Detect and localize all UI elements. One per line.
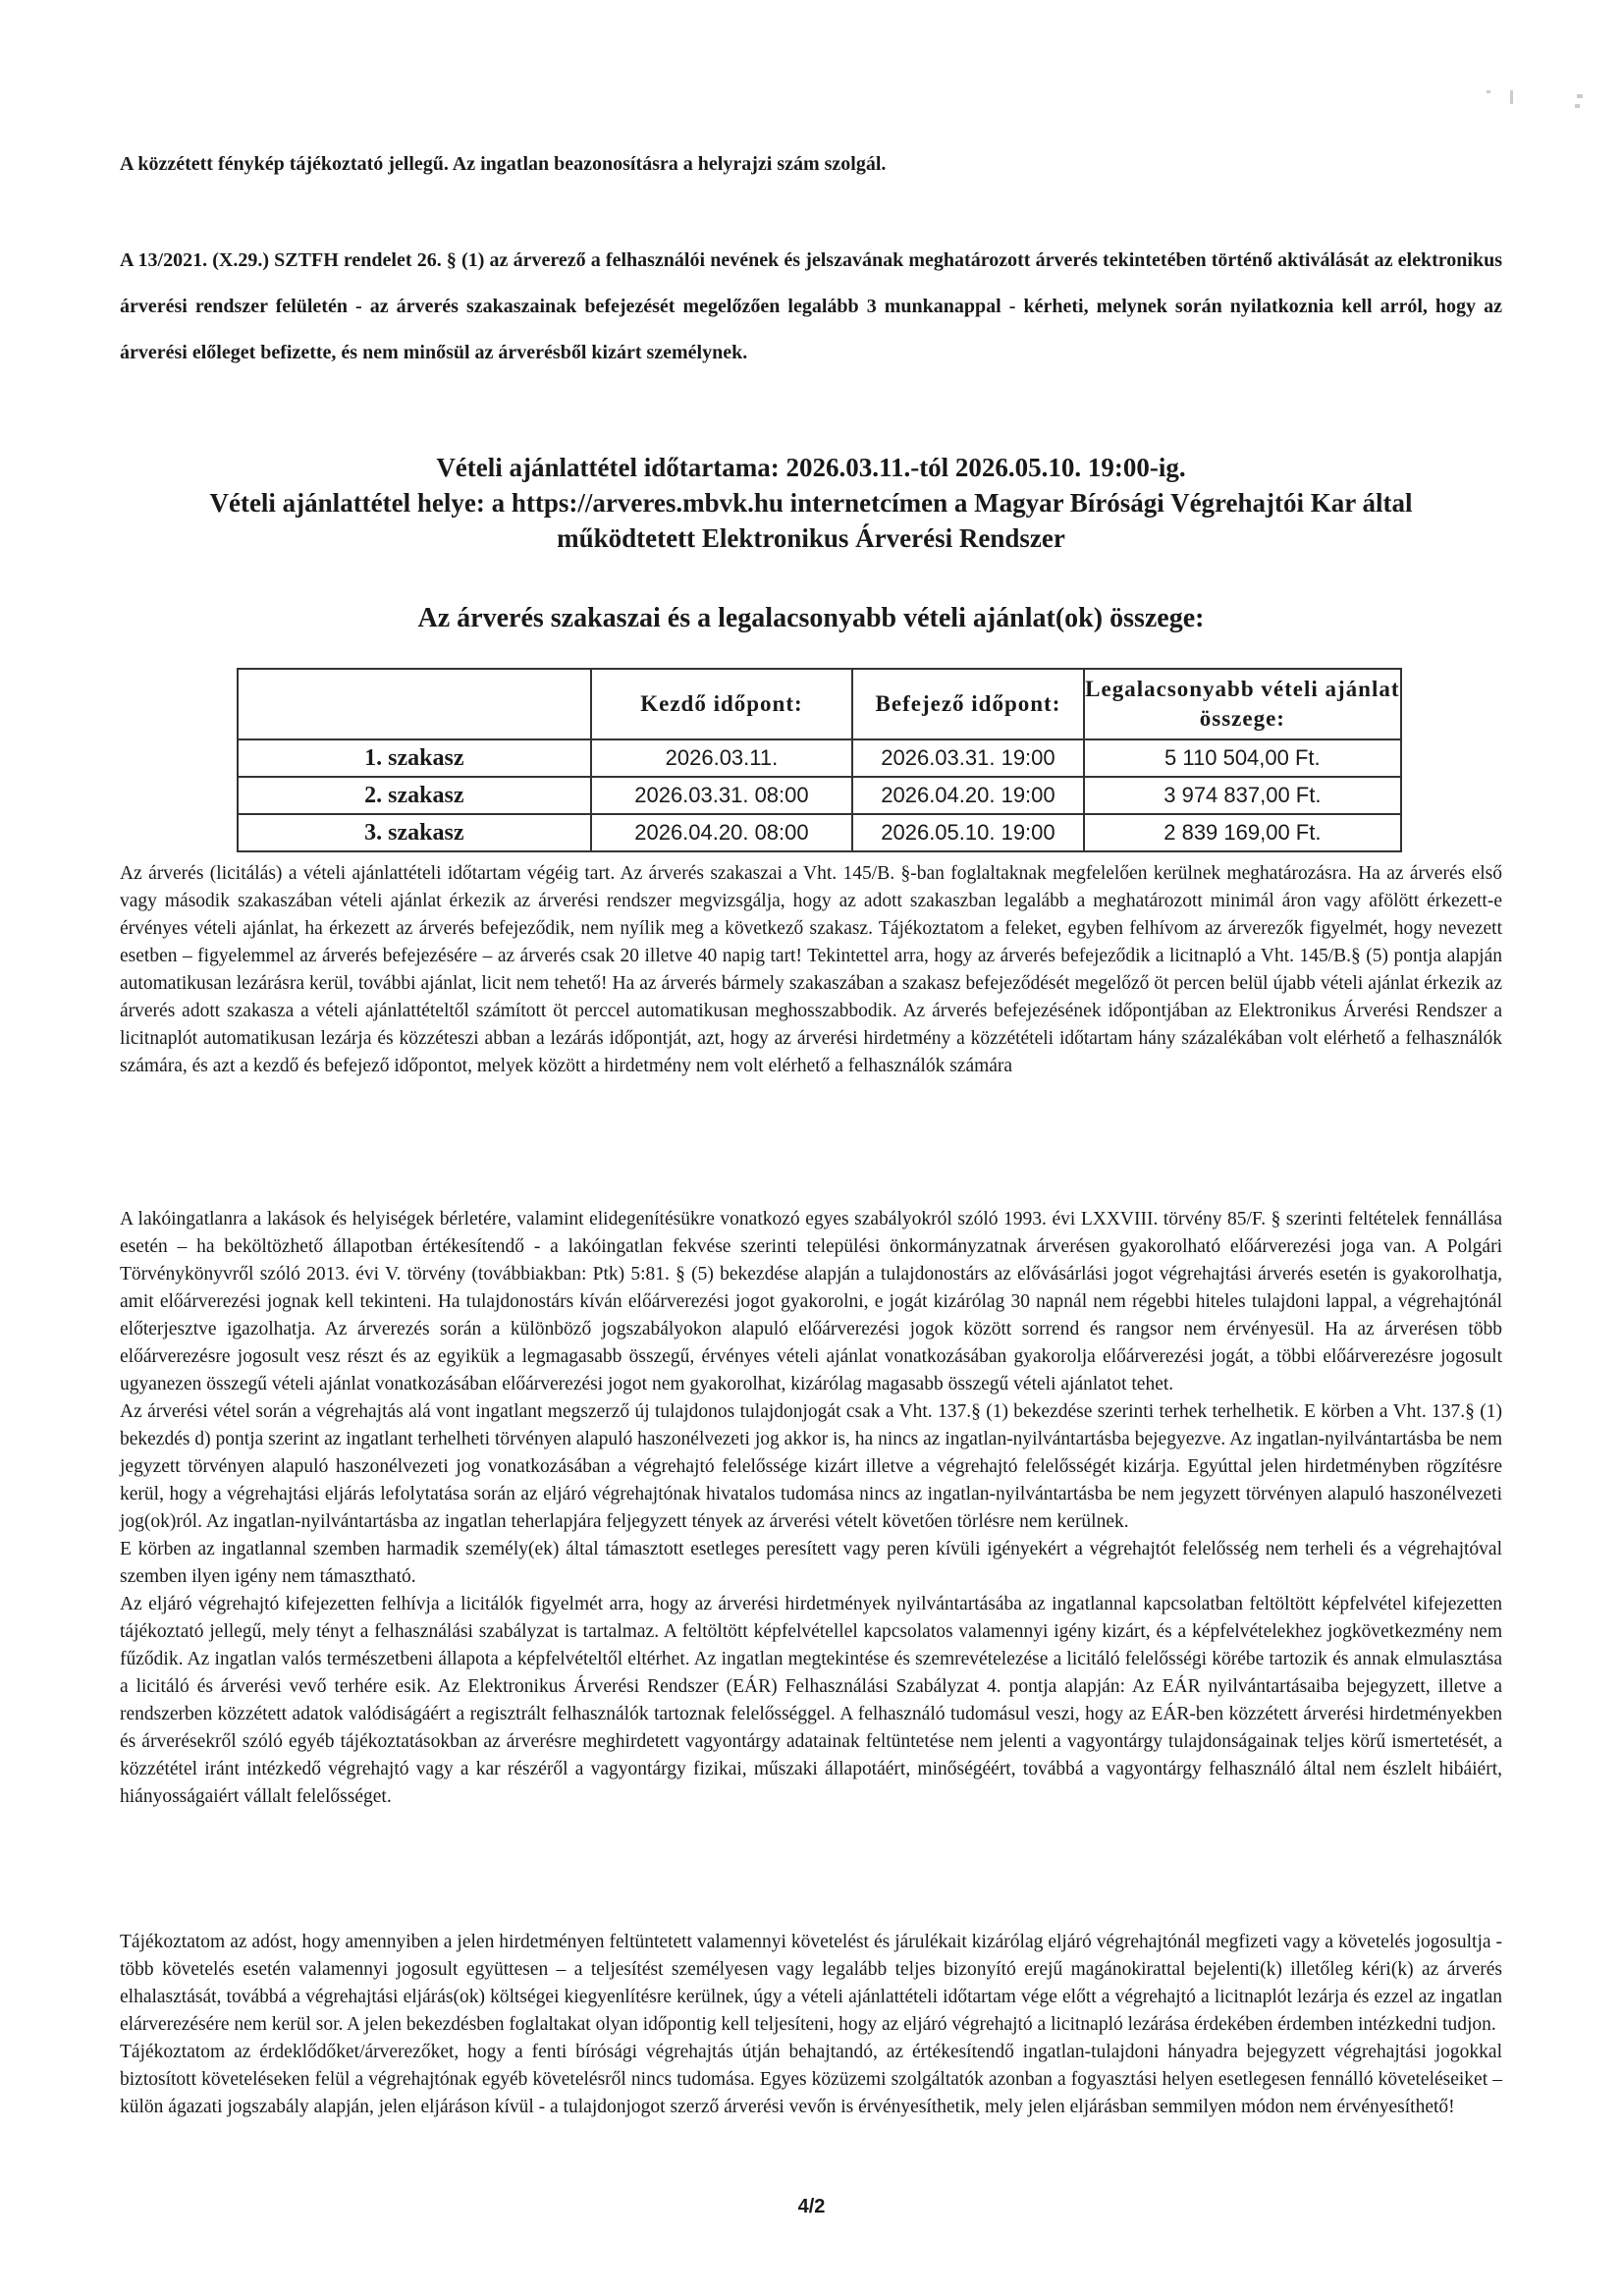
offer-info-heading: Vételi ajánlattétel időtartama: 2026.03.…: [120, 450, 1502, 556]
stage-start: 2026.03.31. 08:00: [591, 777, 853, 814]
stage-label: 1. szakasz: [238, 739, 591, 777]
regulation-paragraph: A 13/2021. (X.29.) SZTFH rendelet 26. § …: [120, 238, 1502, 376]
scan-artifact-marks: [1453, 79, 1591, 118]
photos-paragraph: Az eljáró végrehajtó kifejezetten felhív…: [120, 1591, 1502, 1811]
header-min-offer: Legalacsonyabb vételi ajánlat összege:: [1084, 669, 1401, 739]
offer-place-line2: működtetett Elektronikus Árverési Rendsz…: [120, 520, 1502, 556]
stage-label: 2. szakasz: [238, 777, 591, 814]
debtor-notice-paragraph: Tájékoztatom az adóst, hogy amennyiben a…: [120, 1929, 1502, 2039]
offer-period: Vételi ajánlattétel időtartama: 2026.03.…: [120, 450, 1502, 485]
stage-start: 2026.03.11.: [591, 739, 853, 777]
utilities-notice-paragraph: Tájékoztatom az érdeklődőket/árverezőket…: [120, 2039, 1502, 2121]
encumbrances-block: Az árverési vétel során a végrehajtás al…: [120, 1398, 1502, 1811]
header-start-time: Kezdő időpont:: [591, 669, 853, 739]
stage-min-offer: 3 974 837,00 Ft.: [1084, 777, 1401, 814]
photo-disclaimer: A közzétett fénykép tájékoztató jellegű.…: [120, 153, 1502, 176]
stage-end: 2026.04.20. 19:00: [852, 777, 1084, 814]
header-empty: [238, 669, 591, 739]
preemption-paragraph: A lakóingatlanra a lakások és helyiségek…: [120, 1206, 1502, 1398]
stage-end: 2026.03.31. 19:00: [852, 739, 1084, 777]
auction-duration-paragraph: Az árverés (licitálás) a vételi ajánlatt…: [120, 860, 1502, 1080]
stage-start: 2026.04.20. 08:00: [591, 814, 853, 851]
table-row: 3. szakasz 2026.04.20. 08:00 2026.05.10.…: [238, 814, 1401, 851]
table-row: 2. szakasz 2026.03.31. 08:00 2026.04.20.…: [238, 777, 1401, 814]
notices-block: Tájékoztatom az adóst, hogy amennyiben a…: [120, 1929, 1502, 2121]
stage-min-offer: 2 839 169,00 Ft.: [1084, 814, 1401, 851]
stages-heading: Az árverés szakaszai és a legalacsonyabb…: [120, 601, 1502, 636]
table-row: 1. szakasz 2026.03.11. 2026.03.31. 19:00…: [238, 739, 1401, 777]
document-page: A közzétett fénykép tájékoztató jellegű.…: [0, 0, 1623, 2296]
stage-end: 2026.05.10. 19:00: [852, 814, 1084, 851]
stage-min-offer: 5 110 504,00 Ft.: [1084, 739, 1401, 777]
third-party-paragraph: E körben az ingatlannal szemben harmadik…: [120, 1536, 1502, 1591]
encumbrances-paragraph: Az árverési vétel során a végrehajtás al…: [120, 1398, 1502, 1536]
stage-label: 3. szakasz: [238, 814, 591, 851]
header-end-time: Befejező időpont:: [852, 669, 1084, 739]
auction-stages-table: Kezdő időpont: Befejező időpont: Legalac…: [237, 668, 1402, 852]
page-number: 4/2: [0, 2196, 1623, 2218]
offer-place-line1: Vételi ajánlattétel helye: a https://arv…: [120, 485, 1502, 520]
table-header-row: Kezdő időpont: Befejező időpont: Legalac…: [238, 669, 1401, 739]
